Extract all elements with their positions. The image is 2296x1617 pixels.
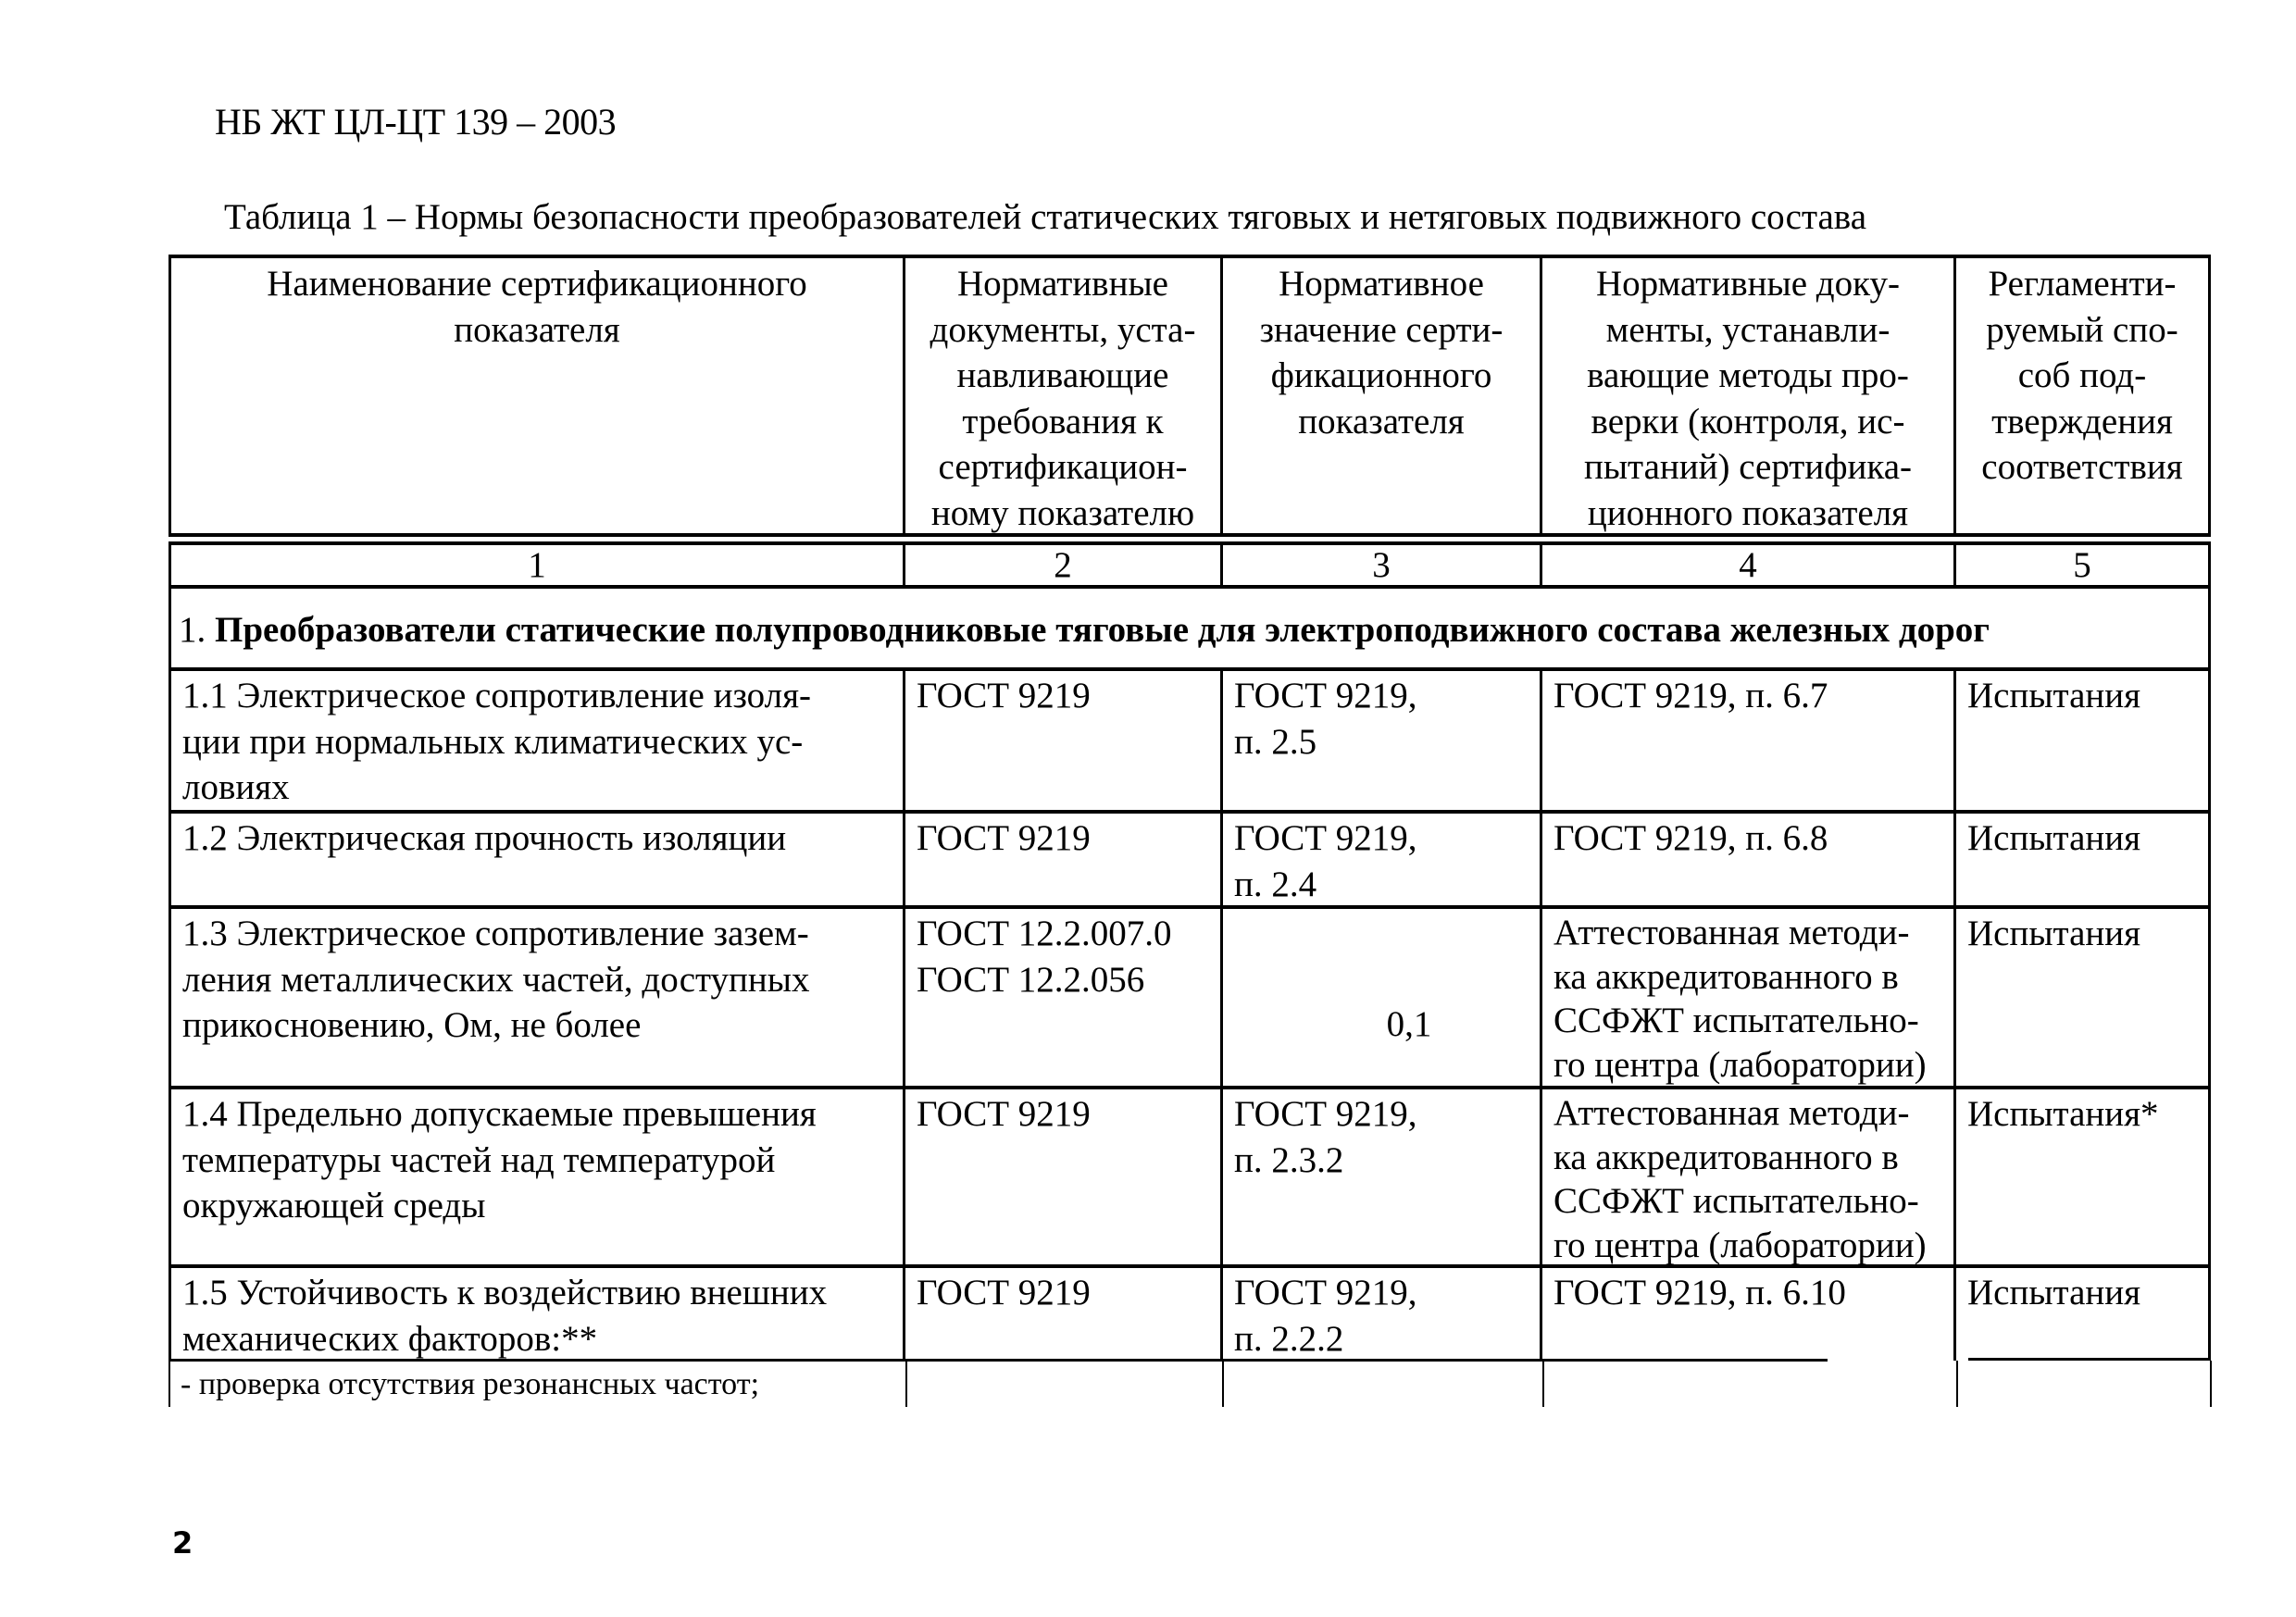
header-text-line: Нормативные: [905, 261, 1220, 307]
column-divider: [168, 669, 171, 1361]
cell-text-line: Испытания*: [1967, 1091, 2199, 1138]
column-number-3: 3: [1223, 545, 1540, 586]
cell-text-line: п. 2.3.2: [1234, 1138, 1530, 1184]
table-top-border: [168, 255, 2211, 258]
cell-text-line: Аттестованная методи-: [1554, 911, 1944, 955]
header-text-line: Нормативное: [1223, 261, 1540, 307]
column-divider: [1953, 669, 1956, 1361]
column-number-5: 5: [1956, 545, 2208, 586]
row-1-5-req-docs: ГОСТ 9219: [905, 1268, 1220, 1359]
header-text-line: Нормативные доку-: [1542, 261, 1953, 307]
document-code: НБ ЖТ ЦЛ-ЦТ 139 – 2003: [215, 100, 616, 143]
cell-text-line: механических факторов:**: [182, 1316, 893, 1360]
number-row-divider: [1540, 543, 1542, 588]
header-text-line: значение серти-: [1223, 307, 1540, 354]
header-divider: [903, 256, 905, 536]
header-text-line: соб под-: [1956, 353, 2208, 399]
cell-text-line: ССФЖТ испытательно-: [1554, 1179, 1944, 1224]
cell-text-line: п. 2.5: [1234, 719, 1530, 765]
cell-text-line: ГОСТ 9219,: [1234, 1091, 1530, 1138]
cell-text-line: ССФЖТ испытательно-: [1554, 999, 1944, 1043]
cell-text-line: 1.4 Предельно допускаемые превышения: [182, 1091, 893, 1138]
sub-row-divider: [1222, 1361, 1224, 1407]
row-1-1-confirmation: Испытания: [1956, 671, 2208, 810]
header-text-line: менты, устанавли-: [1542, 307, 1953, 354]
header-text-line: показателя: [171, 307, 903, 354]
cell-text-line: прикосновению, Ом, не более: [182, 1002, 893, 1049]
number-row-divider: [1953, 543, 1956, 588]
row-1-5-confirmation: Испытания: [1956, 1268, 2208, 1359]
header-text-line: сертификацион-: [905, 444, 1220, 491]
row-1-2-method-docs: ГОСТ 9219, п. 6.8: [1542, 814, 1953, 905]
table-caption: Таблица 1 – Нормы безопасности преобразо…: [224, 196, 1866, 238]
number-row-divider: [168, 543, 171, 588]
header-text-line: тверждения: [1956, 399, 2208, 445]
header-col-2: Нормативные документы, уста- навливающие…: [905, 261, 1220, 533]
header-text-line: вающие методы про-: [1542, 353, 1953, 399]
row-1-4-confirmation: Испытания*: [1956, 1089, 2208, 1264]
cell-text-line: ГОСТ 9219: [917, 815, 1211, 862]
header-text-line: навливающие: [905, 353, 1220, 399]
cell-text-line: Испытания: [1967, 815, 2199, 862]
cell-text-line: ции при нормальных климатических ус-: [182, 719, 893, 765]
column-number-2: 2: [905, 545, 1220, 586]
header-text-line: Регламенти-: [1956, 261, 2208, 307]
cell-text-line: 1.5 Устойчивость к воздействию внешних: [182, 1270, 893, 1316]
section-row-border: [2208, 588, 2211, 671]
section-number: 1.: [179, 610, 206, 650]
row-1-3-confirmation: Испытания: [1956, 909, 2208, 1086]
cell-text-line: Аттестованная методи-: [1554, 1091, 1944, 1136]
header-col-3: Нормативное значение серти- фикационного…: [1223, 261, 1540, 533]
header-text-line: фикационного: [1223, 353, 1540, 399]
cell-text-line: ГОСТ 9219,: [1234, 815, 1530, 862]
header-text-line: ционного показателя: [1542, 491, 1953, 534]
header-text-line: требования к: [905, 399, 1220, 445]
row-border: [1968, 1358, 2211, 1361]
cell-text-line: ГОСТ 9219: [917, 1091, 1211, 1138]
number-row-divider: [903, 543, 905, 588]
row-1-2-indicator: 1.2 Электрическая прочность изоляции: [171, 814, 903, 905]
cell-text-line: ка аккредитованного в: [1554, 955, 1944, 1000]
header-text-line: верки (контроля, ис-: [1542, 399, 1953, 445]
row-1-2-confirmation: Испытания: [1956, 814, 2208, 905]
cell-text-line: ГОСТ 9219: [917, 673, 1211, 719]
cell-text-line: ГОСТ 9219, п. 6.7: [1554, 673, 1944, 719]
row-1-1-norm-value: ГОСТ 9219, п. 2.5: [1223, 671, 1540, 810]
column-divider: [1540, 669, 1542, 1361]
row-1-1-req-docs: ГОСТ 9219: [905, 671, 1220, 810]
header-text-line: показателя: [1223, 399, 1540, 445]
header-divider: [2208, 256, 2211, 536]
number-row-divider: [2208, 543, 2211, 588]
cell-text-line: 1.1 Электрическое сопротивление изоля-: [182, 673, 893, 719]
column-divider: [2208, 669, 2211, 1359]
header-text-line: руемый спо-: [1956, 307, 2208, 354]
header-divider: [168, 256, 171, 536]
cell-text-line: 1.2 Электрическая прочность изоляции: [182, 815, 893, 862]
number-row-divider: [1220, 543, 1223, 588]
header-text-line: Наименование сертификационного: [171, 261, 903, 307]
sub-row-divider: [1542, 1361, 1544, 1407]
row-border: [168, 1359, 1828, 1362]
cell-text-line: ГОСТ 9219,: [1234, 673, 1530, 719]
column-divider: [903, 669, 905, 1361]
header-text-line: документы, уста-: [905, 307, 1220, 354]
row-1-5-norm-value: ГОСТ 9219, п. 2.2.2: [1223, 1268, 1540, 1359]
header-col-4: Нормативные доку- менты, устанавли- вающ…: [1542, 261, 1953, 533]
cell-text-line: п. 2.4: [1234, 862, 1530, 906]
column-divider: [1220, 669, 1223, 1361]
cell-text-line: ка аккредитованного в: [1554, 1136, 1944, 1180]
column-number-4: 4: [1542, 545, 1953, 586]
cell-text-line: температуры частей над температурой: [182, 1138, 893, 1184]
row-1-3-req-docs: ГОСТ 12.2.007.0 ГОСТ 12.2.056: [905, 909, 1220, 1086]
row-1-5-method-docs: ГОСТ 9219, п. 6.10: [1542, 1268, 1953, 1359]
header-divider: [1540, 256, 1542, 536]
section-heading: 1. Преобразователи статические полупрово…: [171, 607, 2208, 663]
cell-text-line: ГОСТ 12.2.007.0: [917, 911, 1211, 957]
cell-text-line: го центра (лаборатории): [1554, 1043, 1944, 1087]
header-col-5: Регламенти- руемый спо- соб под- твержде…: [1956, 261, 2208, 533]
row-1-3-method-docs: Аттестованная методи- ка аккредитованног…: [1542, 909, 1953, 1086]
cell-text-line: 1.3 Электрическое сопротивление зазем-: [182, 911, 893, 957]
cell-text-line: Испытания: [1967, 911, 2199, 957]
row-1-2-req-docs: ГОСТ 9219: [905, 814, 1220, 905]
section-row-border: [168, 588, 171, 671]
sub-row-indicator: - проверка отсутствия резонансных частот…: [171, 1364, 903, 1407]
sub-row-divider: [1956, 1361, 1958, 1407]
cell-text-line: ГОСТ 9219, п. 6.8: [1554, 815, 1944, 862]
cell-text-line: п. 2.2.2: [1234, 1316, 1530, 1360]
section-title: Преобразователи статические полупроводни…: [215, 610, 1990, 650]
cell-text-line: го центра (лаборатории): [1554, 1224, 1944, 1265]
sub-row-divider: [168, 1361, 170, 1407]
sub-row-divider: [905, 1361, 907, 1407]
cell-text-line: Испытания: [1967, 1270, 2199, 1316]
row-1-3-indicator: 1.3 Электрическое сопротивление зазем- л…: [171, 909, 903, 1086]
row-1-4-req-docs: ГОСТ 9219: [905, 1089, 1220, 1264]
cell-text-line: 0,1: [1279, 1001, 1540, 1048]
row-1-1-indicator: 1.1 Электрическое сопротивление изоля- ц…: [171, 671, 903, 810]
cell-text-line: ловиях: [182, 765, 893, 810]
sub-row-divider: [2210, 1361, 2212, 1407]
header-col-1: Наименование сертификационного показател…: [171, 261, 903, 533]
row-1-3-norm-value: 0,1: [1223, 909, 1540, 1086]
row-1-4-indicator: 1.4 Предельно допускаемые превышения тем…: [171, 1089, 903, 1264]
cell-text-line: ГОСТ 9219, п. 6.10: [1554, 1270, 1944, 1316]
page-number: 2: [172, 1525, 193, 1561]
header-text-line: соответствия: [1956, 444, 2208, 491]
header-divider: [1220, 256, 1223, 536]
header-text-line: пытаний) сертифика-: [1542, 444, 1953, 491]
cell-text-line: ГОСТ 9219,: [1234, 1270, 1530, 1316]
cell-text-line: Испытания: [1967, 673, 2199, 719]
column-number-1: 1: [171, 545, 903, 586]
row-1-4-method-docs: Аттестованная методи- ка аккредитованног…: [1542, 1089, 1953, 1264]
cell-text-line: ГОСТ 9219: [917, 1270, 1211, 1316]
row-1-2-norm-value: ГОСТ 9219, п. 2.4: [1223, 814, 1540, 905]
cell-text-line: окружающей среды: [182, 1183, 893, 1229]
header-text-line: ному показателю: [905, 491, 1220, 534]
header-divider: [1953, 256, 1956, 536]
cell-text-line: ления металлических частей, доступных: [182, 957, 893, 1003]
header-bottom-border: [168, 533, 2211, 537]
row-1-5-indicator: 1.5 Устойчивость к воздействию внешних м…: [171, 1268, 903, 1359]
cell-text-line: ГОСТ 12.2.056: [917, 957, 1211, 1003]
row-1-1-method-docs: ГОСТ 9219, п. 6.7: [1542, 671, 1953, 810]
row-1-4-norm-value: ГОСТ 9219, п. 2.3.2: [1223, 1089, 1540, 1264]
